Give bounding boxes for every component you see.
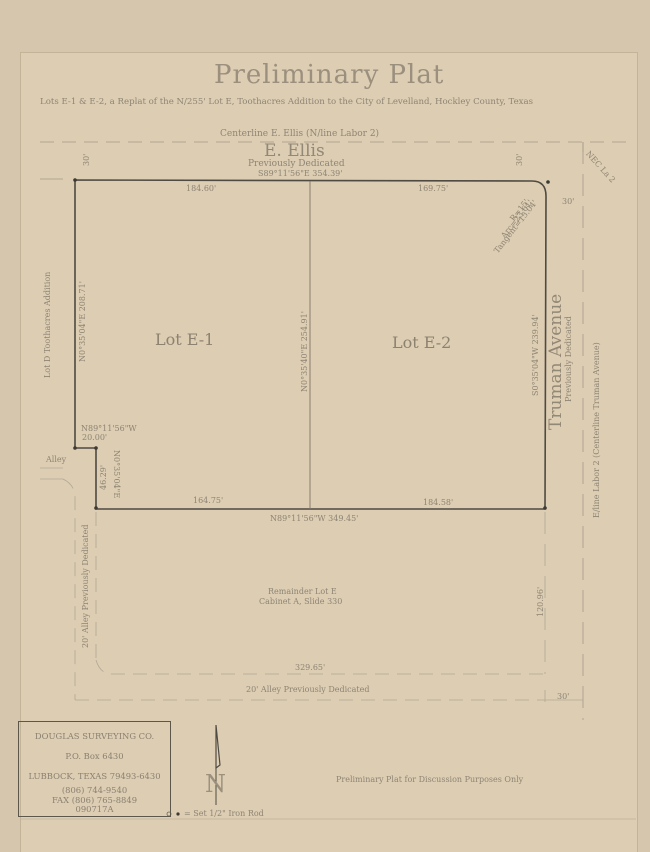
- north-arrow-label: N: [205, 772, 226, 796]
- iron-rod-marker: [543, 506, 547, 510]
- iron-rod-marker: [94, 446, 98, 450]
- po-box: P.O. Box 6430: [19, 752, 170, 760]
- east-bearing: S0°35'04"W 239.94': [532, 314, 540, 396]
- jog-vertical-distance: 46.29': [100, 465, 108, 490]
- row-width-label: 30': [516, 154, 524, 166]
- iron-rod-marker: [73, 446, 77, 450]
- remainder-label-1: Remainder Lot E: [268, 588, 337, 596]
- city-address: LUBBOCK, TEXAS 79493-6430: [19, 772, 170, 780]
- lot-boundary: [75, 180, 546, 509]
- remainder-south-dim: 329.65': [295, 664, 325, 672]
- iron-rod-marker: [546, 180, 550, 184]
- iron-rod-marker: [73, 178, 77, 182]
- row-width-label: 30': [562, 198, 574, 206]
- south-segment-right: 184.58': [423, 499, 453, 507]
- adjacent-lot-label: Lot D Toothacres Addition: [44, 272, 52, 378]
- north-segment-left: 184.60': [186, 185, 216, 193]
- iron-rod-marker: [94, 506, 98, 510]
- remainder-label-2: Cabinet A, Slide 330: [259, 598, 342, 606]
- south-segment-left: 164.75': [193, 497, 223, 505]
- jog-distance: 20.00': [82, 434, 107, 442]
- row-width-label: 30': [557, 693, 569, 701]
- east-street-name: Truman Avenue: [548, 294, 565, 430]
- west-bearing: N0°35'04"E 208.71': [79, 281, 87, 362]
- company-name: DOUGLAS SURVEYING CO.: [19, 732, 170, 740]
- lot-e2-label: Lot E-2: [392, 335, 451, 351]
- phone-number: (806) 744-9540: [19, 786, 170, 794]
- alley-label: Alley: [46, 456, 66, 464]
- south-bearing: N89°11'56"W 349.45': [270, 515, 358, 523]
- jog-bearing: N89°11'56"W: [81, 425, 137, 433]
- page-title: Preliminary Plat: [214, 62, 444, 88]
- remainder-east-dim: 120.96': [537, 587, 545, 617]
- north-centerline-label: Centerline E. Ellis (N/line Labor 2): [220, 130, 379, 139]
- north-bearing: S89°11'56"E 354.39': [258, 170, 342, 178]
- north-segment-right: 169.75': [418, 185, 448, 193]
- east-centerline-label: E/line Labor 2 (Centerline Truman Avenue…: [593, 342, 601, 518]
- west-alley-outer: [63, 479, 75, 700]
- west-alley-label: 20' Alley Previously Dedicated: [82, 525, 90, 648]
- surveyor-title-block: DOUGLAS SURVEYING CO. P.O. Box 6430 LUBB…: [18, 721, 171, 817]
- north-street-status: Previously Dedicated: [248, 160, 345, 169]
- east-street-status: Previously Dedicated: [565, 316, 573, 402]
- north-street-name: E. Ellis: [264, 143, 325, 160]
- legend-iron-rod: = Set 1/2" Iron Rod: [184, 810, 264, 818]
- row-width-label: 30': [83, 154, 91, 166]
- jog-vertical-bearing: N0°35'04"E: [112, 450, 120, 498]
- north-arrow-icon: [216, 725, 220, 768]
- lot-e1-label: Lot E-1: [155, 332, 214, 348]
- set-rod-icon: [176, 812, 179, 815]
- page-subtitle: Lots E-1 & E-2, a Replat of the N/255' L…: [40, 98, 533, 107]
- center-bearing: N0°35'40"E 254.91': [301, 311, 309, 392]
- job-number: 090717A: [19, 805, 170, 813]
- discussion-note: Preliminary Plat for Discussion Purposes…: [336, 776, 523, 784]
- south-alley-label: 20' Alley Previously Dedicated: [246, 686, 369, 694]
